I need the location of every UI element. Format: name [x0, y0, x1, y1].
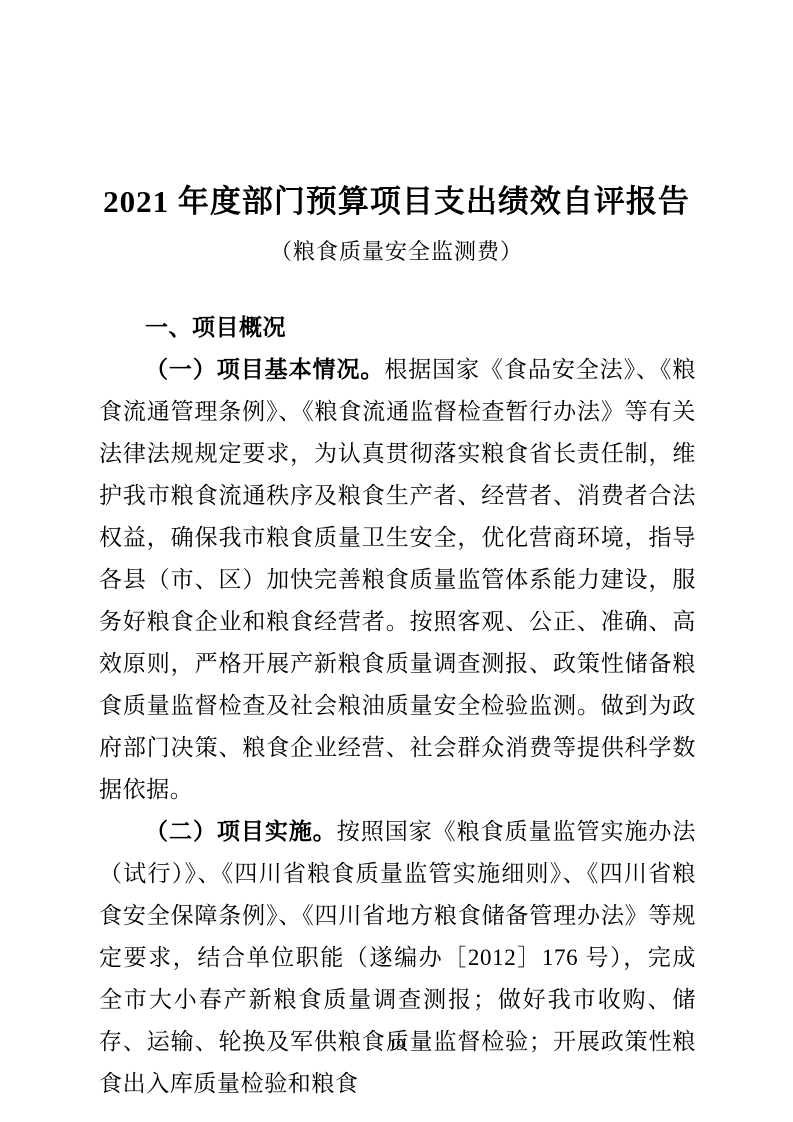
- section-heading-project-overview: 一、项目概况: [99, 307, 696, 349]
- page-number: 19: [0, 1037, 793, 1055]
- document-page: 2021 年度部门预算项目支出绩效自评报告 （粮食质量安全监测费） 一、项目概况…: [0, 0, 793, 1122]
- paragraph-lead: （一）项目基本情况。: [145, 357, 384, 382]
- document-body: 一、项目概况 （一）项目基本情况。根据国家《食品安全法》、《粮食流通管理条例》、…: [99, 307, 696, 1105]
- paragraph-text: 根据国家《食品安全法》、《粮食流通管理条例》、《粮食流通监督检查暂行办法》等有关…: [99, 357, 696, 802]
- document-subtitle: （粮食质量安全监测费）: [0, 237, 793, 267]
- paragraph-project-basic-situation: （一）项目基本情况。根据国家《食品安全法》、《粮食流通管理条例》、《粮食流通监督…: [99, 349, 696, 811]
- paragraph-lead: （二）项目实施。: [145, 819, 337, 844]
- document-title: 2021 年度部门预算项目支出绩效自评报告: [0, 0, 793, 221]
- paragraph-project-implementation: （二）项目实施。按照国家《粮食质量监管实施办法（试行）》、《四川省粮食质量监管实…: [99, 811, 696, 1105]
